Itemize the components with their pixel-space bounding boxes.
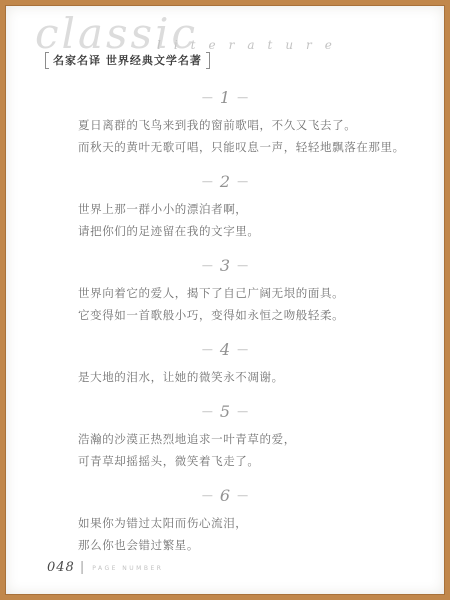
verse-number-text: 3 — [220, 256, 230, 275]
verse-number-text: 5 — [220, 402, 230, 421]
verse-1-line-2: 而秋天的黄叶无歌可唱，只能叹息一声，轻轻地飘落在那里。 — [5, 136, 445, 158]
verse-1-number: —1— — [5, 88, 445, 108]
footer-separator: | — [80, 560, 84, 575]
series-label-text: 名家名译 世界经典文学名著 — [53, 52, 202, 69]
page-header: classic literature 名家名译 世界经典文学名著 — [5, 5, 445, 85]
page-footer: 048 | PAGE NUMBER — [47, 559, 163, 575]
dash-decoration: — — [237, 405, 248, 418]
verse-3-line-1: 世界向着它的爱人，揭下了自己广阔无垠的面具。 — [5, 282, 445, 304]
verse-5-line-2: 可青草却摇摇头，微笑着飞走了。 — [5, 450, 445, 472]
verse-2-number: —2— — [5, 172, 445, 192]
verse-6-number: —6— — [5, 486, 445, 506]
footer-caption: PAGE NUMBER — [92, 563, 163, 572]
verse-1-line-1: 夏日离群的飞鸟来到我的窗前歌唱，不久又飞去了。 — [5, 114, 445, 136]
verse-3-number: —3— — [5, 256, 445, 276]
dash-decoration: — — [237, 343, 248, 356]
book-page: classic literature 名家名译 世界经典文学名著 —1— 夏日离… — [0, 0, 450, 600]
dash-decoration: — — [237, 175, 248, 188]
dash-decoration: — — [202, 405, 213, 418]
verse-6-line-1: 如果你为错过太阳而伤心流泪， — [5, 512, 445, 534]
dash-decoration: — — [202, 91, 213, 104]
verse-3-line-2: 它变得如一首歌般小巧，变得如永恒之吻般轻柔。 — [5, 304, 445, 326]
verse-4: —4— 是大地的泪水，让她的微笑永不凋谢。 — [5, 340, 445, 388]
bracket-right-decoration — [206, 52, 210, 69]
verses-list: —1— 夏日离群的飞鸟来到我的窗前歌唱，不久又飞去了。 而秋天的黄叶无歌可唱，只… — [5, 88, 445, 570]
bracket-left-decoration — [45, 52, 49, 69]
verse-6-line-2: 那么你也会错过繁星。 — [5, 534, 445, 556]
dash-decoration: — — [202, 175, 213, 188]
verse-number-text: 4 — [220, 340, 230, 359]
verse-5-number: —5— — [5, 402, 445, 422]
verse-number-text: 1 — [220, 88, 230, 107]
dash-decoration: — — [202, 259, 213, 272]
verse-2-line-2: 请把你们的足迹留在我的文字里。 — [5, 220, 445, 242]
verse-3: —3— 世界向着它的爱人，揭下了自己广阔无垠的面具。 它变得如一首歌般小巧，变得… — [5, 256, 445, 326]
dash-decoration: — — [237, 91, 248, 104]
verse-number-text: 2 — [220, 172, 230, 191]
page-number: 048 — [47, 560, 75, 575]
verse-5: —5— 浩瀚的沙漠正热烈地追求一叶青草的爱， 可青草却摇摇头，微笑着飞走了。 — [5, 402, 445, 472]
verse-number-text: 6 — [220, 486, 230, 505]
verse-2: —2— 世界上那一群小小的漂泊者啊， 请把你们的足迹留在我的文字里。 — [5, 172, 445, 242]
verse-6: —6— 如果你为错过太阳而伤心流泪， 那么你也会错过繁星。 — [5, 486, 445, 556]
dash-decoration: — — [237, 489, 248, 502]
watermark-literature-text: literature — [157, 38, 345, 52]
verse-5-line-1: 浩瀚的沙漠正热烈地追求一叶青草的爱， — [5, 428, 445, 450]
verse-1: —1— 夏日离群的飞鸟来到我的窗前歌唱，不久又飞去了。 而秋天的黄叶无歌可唱，只… — [5, 88, 445, 158]
dash-decoration: — — [237, 259, 248, 272]
dash-decoration: — — [202, 343, 213, 356]
series-label: 名家名译 世界经典文学名著 — [45, 52, 210, 69]
verse-4-line-1: 是大地的泪水，让她的微笑永不凋谢。 — [5, 366, 445, 388]
verse-2-line-1: 世界上那一群小小的漂泊者啊， — [5, 198, 445, 220]
dash-decoration: — — [202, 489, 213, 502]
verse-4-number: —4— — [5, 340, 445, 360]
